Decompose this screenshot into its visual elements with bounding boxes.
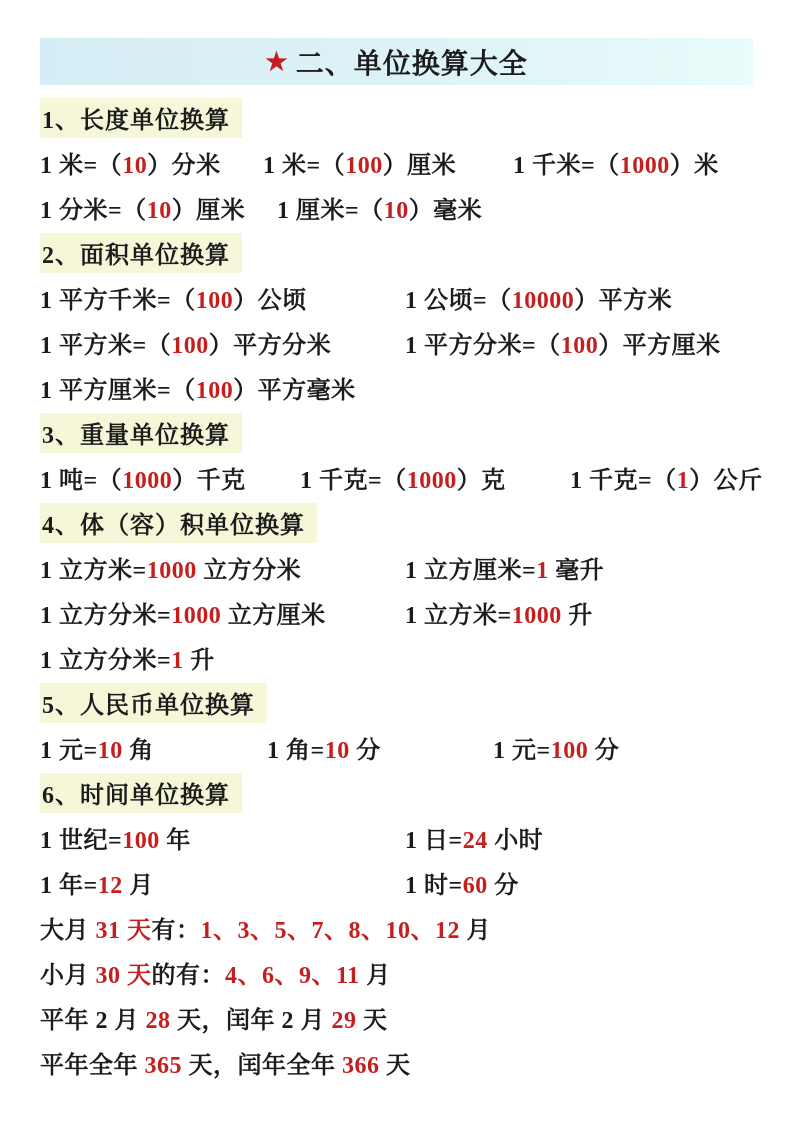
conversion-value: 10 xyxy=(325,738,350,764)
conversion-text: 角 xyxy=(123,738,154,764)
conversion-text: 1 米=（ xyxy=(263,153,345,179)
conversion-cell: 1 厘米=（10）毫米 xyxy=(277,190,482,225)
conversion-text: 天 xyxy=(357,1008,388,1034)
conversion-cell: 大月 31 天有：1、3、5、7、8、10、12 月 xyxy=(40,910,491,945)
conversion-value: 29 xyxy=(332,1008,357,1034)
conversion-row: 1 立方分米=1 升 xyxy=(40,635,753,680)
conversion-value: 31 天 xyxy=(96,918,152,944)
conversion-cell: 1 立方厘米=1 毫升 xyxy=(405,550,604,585)
conversion-row: 1 世纪=100 年1 日=24 小时 xyxy=(40,815,753,860)
conversion-value: 100 xyxy=(171,333,209,359)
conversion-cell: 1 千米=（1000）米 xyxy=(513,145,719,180)
conversion-value: 1000 xyxy=(147,558,197,584)
conversion-value: 1 xyxy=(677,468,690,494)
conversion-row: 平年全年 365 天，闰年全年 366 天 xyxy=(40,1040,753,1085)
conversion-text: 有： xyxy=(152,918,201,944)
conversion-text: ）平方毫米 xyxy=(233,378,356,404)
conversion-text: 毫升 xyxy=(549,558,605,584)
conversion-row: 1 元=10 角1 角=10 分1 元=100 分 xyxy=(40,725,753,770)
conversion-value: 100 xyxy=(196,288,234,314)
section-heading-label: 5、人民币单位换算 xyxy=(40,683,267,723)
conversion-cell: 1 平方米=（100）平方分米 xyxy=(40,325,405,360)
conversion-text: ）公顷 xyxy=(233,288,307,314)
conversion-cell: 1 时=60 分 xyxy=(405,865,519,900)
conversion-value: 366 xyxy=(342,1053,380,1079)
conversion-text: 1 立方米= xyxy=(40,558,147,584)
conversion-row: 1 平方厘米=（100）平方毫米 xyxy=(40,365,753,410)
conversion-cell: 1 立方分米=1 升 xyxy=(40,640,215,675)
conversion-value: 10 xyxy=(384,198,409,224)
conversion-row: 1 吨=（1000）千克1 千克=（1000）克1 千克=（1）公斤 xyxy=(40,455,753,500)
conversion-cell: 小月 30 天的有：4、6、9、11 月 xyxy=(40,955,391,990)
conversion-text: ）厘米 xyxy=(172,198,246,224)
conversion-row: 1 年=12 月1 时=60 分 xyxy=(40,860,753,905)
conversion-text: 1 世纪= xyxy=(40,828,122,854)
conversion-text: ）平方米 xyxy=(574,288,672,314)
conversion-value: 100 xyxy=(196,378,234,404)
conversion-cell: 1 角=10 分 xyxy=(267,730,493,765)
conversion-row: 1 米=（10）分米1 米=（100）厘米1 千米=（1000）米 xyxy=(40,140,753,185)
conversion-cell: 平年 2 月 28 天，闰年 2 月 29 天 xyxy=(40,1000,388,1035)
conversion-text: 月 xyxy=(460,918,491,944)
conversion-cell: 1 平方分米=（100）平方厘米 xyxy=(405,325,721,360)
conversion-row: 1 立方分米=1000 立方厘米1 立方米=1000 升 xyxy=(40,590,753,635)
conversion-text: 1 日= xyxy=(405,828,463,854)
conversion-value: 365 xyxy=(145,1053,183,1079)
conversion-text: 年 xyxy=(160,828,191,854)
conversion-text: 平年 2 月 xyxy=(40,1008,146,1034)
conversion-cell: 1 平方厘米=（100）平方毫米 xyxy=(40,370,356,405)
conversion-cell: 1 元=10 角 xyxy=(40,730,267,765)
conversion-text: 1 米=（ xyxy=(40,153,122,179)
conversion-text: 升 xyxy=(562,603,593,629)
section-heading-6: 6、时间单位换算 xyxy=(40,770,753,815)
conversion-text: 分 xyxy=(350,738,381,764)
conversion-text: 1 平方分米=（ xyxy=(405,333,561,359)
conversion-cell: 1 分米=（10）厘米 xyxy=(40,190,277,225)
conversion-cell: 1 米=（10）分米 xyxy=(40,145,263,180)
conversion-text: 1 千克=（ xyxy=(300,468,407,494)
conversion-row: 1 分米=（10）厘米1 厘米=（10）毫米 xyxy=(40,185,753,230)
conversion-cell: 1 千克=（1）公斤 xyxy=(570,460,763,495)
conversion-text: ）毫米 xyxy=(409,198,483,224)
conversion-text: 1 立方分米= xyxy=(40,648,171,674)
conversion-text: 小月 xyxy=(40,963,96,989)
conversion-cell: 1 元=100 分 xyxy=(493,730,619,765)
conversion-value: 100 xyxy=(561,333,599,359)
conversion-value: 1、3、5、7、8、10、12 xyxy=(201,918,461,944)
conversion-value: 10 xyxy=(98,738,123,764)
conversion-value: 28 xyxy=(146,1008,171,1034)
conversion-value: 24 xyxy=(463,828,488,854)
conversion-text: 1 时= xyxy=(405,873,463,899)
conversion-text: 小时 xyxy=(488,828,544,854)
conversion-text: ）克 xyxy=(457,468,506,494)
conversion-cell: 1 年=12 月 xyxy=(40,865,405,900)
conversion-text: 1 角= xyxy=(267,738,325,764)
conversion-value: 60 xyxy=(463,873,488,899)
conversion-text: 1 平方厘米=（ xyxy=(40,378,196,404)
conversion-cell: 1 千克=（1000）克 xyxy=(300,460,570,495)
page-title: 二、单位换算大全 xyxy=(296,42,528,82)
conversion-text: ）千克 xyxy=(172,468,246,494)
document-page: ★ 二、单位换算大全 1、长度单位换算1 米=（10）分米1 米=（100）厘米… xyxy=(0,0,793,1122)
conversion-value: 1000 xyxy=(171,603,221,629)
conversion-text: 1 平方千米=（ xyxy=(40,288,196,314)
conversion-text: 1 公顷=（ xyxy=(405,288,512,314)
conversion-row: 平年 2 月 28 天，闰年 2 月 29 天 xyxy=(40,995,753,1040)
conversion-text: 1 分米=（ xyxy=(40,198,147,224)
conversion-cell: 1 世纪=100 年 xyxy=(40,820,405,855)
section-heading-label: 6、时间单位换算 xyxy=(40,773,242,813)
conversion-value: 30 天 xyxy=(96,963,152,989)
conversion-value: 10 xyxy=(122,153,147,179)
conversion-text: 平年全年 xyxy=(40,1053,145,1079)
conversion-text: 1 年= xyxy=(40,873,98,899)
conversion-text: ）公斤 xyxy=(689,468,763,494)
conversion-value: 100 xyxy=(551,738,589,764)
conversion-text: 天 xyxy=(380,1053,411,1079)
star-icon: ★ xyxy=(265,47,288,77)
title-banner: ★ 二、单位换算大全 xyxy=(40,38,753,85)
conversion-value: 1000 xyxy=(620,153,670,179)
conversion-text: ）分米 xyxy=(147,153,221,179)
conversion-value: 12 xyxy=(98,873,123,899)
conversion-cell: 平年全年 365 天，闰年全年 366 天 xyxy=(40,1045,411,1080)
conversion-text: ）平方分米 xyxy=(209,333,332,359)
conversion-text: 1 元= xyxy=(493,738,551,764)
section-heading-5: 5、人民币单位换算 xyxy=(40,680,753,725)
conversion-text: 月 xyxy=(123,873,154,899)
section-heading-2: 2、面积单位换算 xyxy=(40,230,753,275)
conversion-text: 天，闰年 2 月 xyxy=(171,1008,332,1034)
conversion-row: 1 平方米=（100）平方分米1 平方分米=（100）平方厘米 xyxy=(40,320,753,365)
conversion-text: 大月 xyxy=(40,918,96,944)
section-heading-3: 3、重量单位换算 xyxy=(40,410,753,455)
conversion-value: 10 xyxy=(147,198,172,224)
conversion-cell: 1 米=（100）厘米 xyxy=(263,145,513,180)
conversion-text: ）米 xyxy=(670,153,719,179)
conversion-value: 100 xyxy=(345,153,383,179)
conversion-text: 1 千克=（ xyxy=(570,468,677,494)
conversion-cell: 1 公顷=（10000）平方米 xyxy=(405,280,672,315)
conversion-value: 1000 xyxy=(512,603,562,629)
conversion-text: 月 xyxy=(360,963,391,989)
conversion-text: 1 千米=（ xyxy=(513,153,620,179)
conversion-cell: 1 吨=（1000）千克 xyxy=(40,460,300,495)
section-heading-4: 4、体（容）积单位换算 xyxy=(40,500,753,545)
conversion-cell: 1 立方分米=1000 立方厘米 xyxy=(40,595,405,630)
conversion-text: 分 xyxy=(588,738,619,764)
conversion-row: 1 立方米=1000 立方分米1 立方厘米=1 毫升 xyxy=(40,545,753,590)
conversion-text: 1 平方米=（ xyxy=(40,333,171,359)
conversion-value: 10000 xyxy=(512,288,575,314)
conversion-text: 1 立方厘米= xyxy=(405,558,536,584)
conversion-content: 1、长度单位换算1 米=（10）分米1 米=（100）厘米1 千米=（1000）… xyxy=(40,95,753,1085)
conversion-cell: 1 平方千米=（100）公顷 xyxy=(40,280,405,315)
section-heading-label: 1、长度单位换算 xyxy=(40,98,242,138)
conversion-text: 的有： xyxy=(152,963,226,989)
conversion-value: 4、6、9、11 xyxy=(225,963,360,989)
conversion-cell: 1 日=24 小时 xyxy=(405,820,543,855)
conversion-text: 立方厘米 xyxy=(221,603,326,629)
conversion-text: 1 元= xyxy=(40,738,98,764)
conversion-text: ）厘米 xyxy=(383,153,457,179)
section-heading-label: 4、体（容）积单位换算 xyxy=(40,503,317,543)
conversion-text: 1 厘米=（ xyxy=(277,198,384,224)
section-heading-1: 1、长度单位换算 xyxy=(40,95,753,140)
conversion-text: ）平方厘米 xyxy=(598,333,721,359)
conversion-cell: 1 立方米=1000 升 xyxy=(405,595,593,630)
conversion-cell: 1 立方米=1000 立方分米 xyxy=(40,550,405,585)
conversion-text: 升 xyxy=(184,648,215,674)
conversion-text: 天，闰年全年 xyxy=(182,1053,342,1079)
conversion-row: 小月 30 天的有：4、6、9、11 月 xyxy=(40,950,753,995)
conversion-text: 1 立方分米= xyxy=(40,603,171,629)
conversion-text: 1 立方米= xyxy=(405,603,512,629)
conversion-value: 1000 xyxy=(407,468,457,494)
conversion-text: 分 xyxy=(488,873,519,899)
conversion-text: 立方分米 xyxy=(197,558,302,584)
section-heading-label: 2、面积单位换算 xyxy=(40,233,242,273)
conversion-row: 大月 31 天有：1、3、5、7、8、10、12 月 xyxy=(40,905,753,950)
conversion-value: 100 xyxy=(122,828,160,854)
conversion-value: 1 xyxy=(171,648,184,674)
conversion-text: 1 吨=（ xyxy=(40,468,122,494)
conversion-row: 1 平方千米=（100）公顷1 公顷=（10000）平方米 xyxy=(40,275,753,320)
conversion-value: 1 xyxy=(536,558,549,584)
section-heading-label: 3、重量单位换算 xyxy=(40,413,242,453)
conversion-value: 1000 xyxy=(122,468,172,494)
